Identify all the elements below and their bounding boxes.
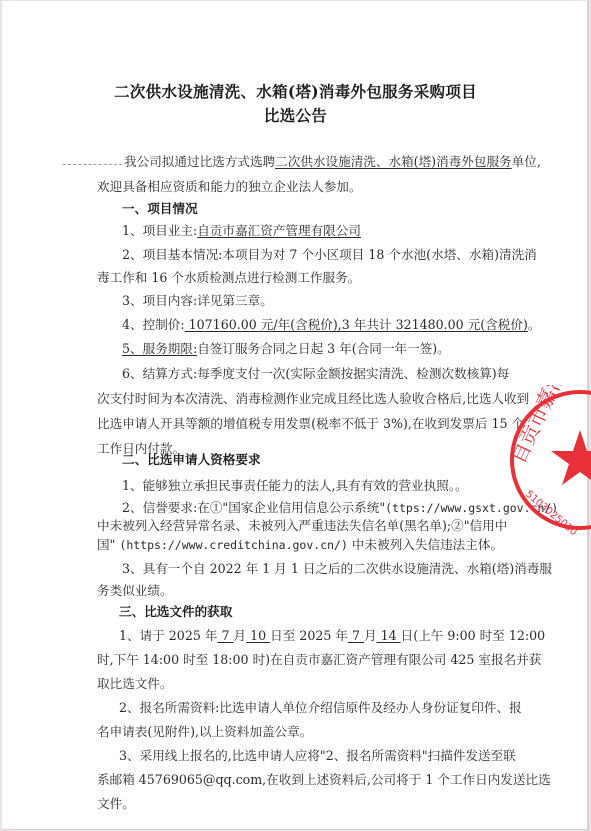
section3-item3-line2: 系邮箱 45769065@qq.com,在收到上述资料后,公司将于 1 个工作日… — [97, 772, 551, 788]
section3-heading: 三、比选文件的获取 — [119, 604, 232, 620]
section3-item2-line1: 2、报名所需资料:比选申请人单位介绍信原件及经办人身份证复印件、报 — [119, 700, 522, 716]
section1-item2-line2: 毒工作和 16 个水质检测点进行检测工作服务。 — [97, 270, 360, 286]
section1-item5: 5、服务期限:自签订服务合同之日起 3 年(合同一年一签)。 — [122, 341, 450, 357]
section1-item6-line2: 次支付时间为本次清洗、消毒检测作业完成且经比选人验收合格后,比选人收到 — [97, 391, 529, 407]
document-subtitle: 比选公告 — [0, 104, 591, 126]
section1-item1: 1、项目业主:自贡市嘉汇资产管理有限公司 — [122, 223, 361, 239]
section2-item2-line2: 中未被列入经营异常名录、未被列入严重违法失信名单(黑名单);②"信用中 — [97, 518, 507, 534]
section3-item1-line2: 时,下午 14:00 时至 18:00 时)在自贡市嘉汇资产管理有限公司 425… — [97, 652, 541, 668]
section3-item1-line3: 取比选文件。 — [97, 676, 173, 692]
end-day: 14 — [377, 628, 401, 643]
end-month: 7 — [348, 628, 364, 643]
section1-item6-line3: 比选申请人开具等额的增值税专用发票(税率不低于 3%),在收到发票后 15 个 — [97, 416, 524, 432]
section1-item3: 3、项目内容:详见第三章。 — [122, 293, 273, 309]
start-day: 10 — [246, 628, 270, 643]
section2-heading: 二、比选申请人资格要求 — [122, 452, 261, 468]
owner-name: 自贡市嘉汇资产管理有限公司 — [197, 223, 361, 238]
leading-dash — [63, 164, 122, 165]
section1-item4: 4、控制价: 107160.00 元/年(含税价),3 年共计 321480.0… — [122, 317, 541, 333]
document-title: 二次供水设施清洗、水箱(塔)消毒外包服务采购项目 — [0, 80, 591, 102]
intro-line1: 我公司拟通过比选方式选聘二次供水设施清洗、水箱(塔)消毒外包服务单位, — [124, 154, 541, 170]
section3-item3-line3: 文件。 — [97, 796, 135, 812]
section1-heading: 一、项目情况 — [122, 201, 198, 217]
section2-item2-line1: 2、信誉要求:在①"国家企业信用信息公示系统"(ttps://www.gsxt.… — [122, 500, 558, 516]
section1-item2-line1: 2、项目基本情况:本项目为对 7 个小区项目 18 个水池(水塔、水箱)清洗消 — [122, 247, 537, 263]
section2-item3-line2: 务类似业绩。 — [97, 583, 173, 599]
section3-item1-line1: 1、请于 2025 年 7 月 10 日至 2025 年 7 月 14 日(上午… — [119, 628, 545, 644]
intro-line2: 欢迎具备相应资质和能力的独立企业法人参加。 — [97, 179, 361, 195]
svg-text:5103025030: 5103025030 — [523, 489, 579, 535]
section1-item6-line1: 6、结算方式:每季度支付一次(实际金额按据实清洗、检测次数核算)每 — [122, 366, 509, 382]
section2-item3-line1: 3、具有一个自 2022 年 1 月 1 日之后的二次供水设施清洗、水箱(塔)消… — [122, 561, 552, 577]
creditchina-url: (https://www.creditchina.gov.cn/) — [119, 538, 347, 552]
section2-item1: 1、能够独立承担民事责任能力的法人,具有有效的营业执照。。 — [122, 478, 468, 494]
section3-item2-line2: 名申请表(见附件),以上资料加盖公章。 — [97, 724, 312, 740]
control-price: 107160.00 元/年(含税价),3 年共计 321480.00 元(含税价… — [185, 317, 528, 332]
service-name: 二次供水设施清洗、水箱(塔)消毒外包服务 — [275, 154, 512, 169]
start-month: 7 — [217, 628, 233, 643]
section2-item2-line3: 国" (https://www.creditchina.gov.cn/) 中未被… — [97, 537, 503, 553]
company-seal-icon: 自贡市嘉汇资 5103025030 — [505, 385, 591, 535]
section3-item3-line1: 3、采用线上报名的,比选申请人应将"2、报名所需资料"扫描件发送至联 — [119, 748, 516, 764]
